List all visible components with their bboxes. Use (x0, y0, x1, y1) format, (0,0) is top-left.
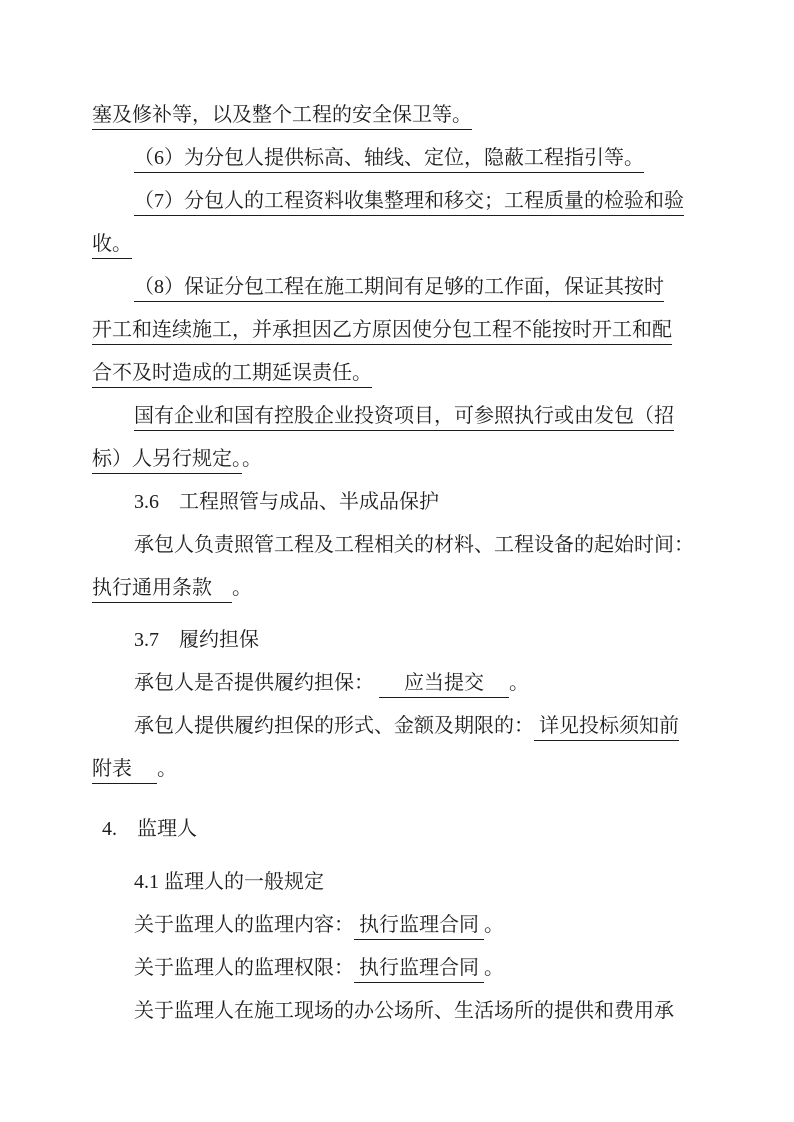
text-run: 。 (509, 672, 529, 694)
document-page: 塞及修补等，以及整个工程的安全保卫等。（6）为分包人提供标高、轴线、定位，隐蔽工… (0, 0, 752, 1033)
underlined-text: 标）人另行规定。 (92, 448, 242, 474)
text-run: 3.6 工程照管与成品、半成品保护 (134, 491, 439, 513)
underlined-text: 执行监理合同 (354, 914, 484, 940)
document-line: 标）人另行规定。。 (92, 438, 752, 481)
underlined-text: 详见投标须知前 (534, 715, 679, 741)
section-heading: 4.1 监理人的一般规定 (92, 861, 752, 904)
text-run: 。 (242, 448, 262, 470)
underlined-text: 附表 (92, 758, 157, 784)
text-run: 4. 监理人 (102, 818, 197, 840)
document-line: 关于监理人的监理权限： 执行监理合同 。 (92, 947, 752, 990)
underlined-text: 执行监理合同 (354, 957, 484, 983)
underlined-text: （8）保证分包工程在施工期间有足够的工作面，保证其按时 (134, 276, 664, 302)
section-heading: 4. 监理人 (92, 808, 752, 851)
document-line: （7）分包人的工程资料收集整理和移交；工程质量的检验和验 (92, 180, 752, 223)
underlined-text: 合不及时造成的工期延误责任。 (92, 362, 372, 388)
document-line: 国有企业和国有控股企业投资项目，可参照执行或由发包（招 (92, 395, 752, 438)
document-body: 塞及修补等，以及整个工程的安全保卫等。（6）为分包人提供标高、轴线、定位，隐蔽工… (92, 94, 752, 1033)
document-line: 塞及修补等，以及整个工程的安全保卫等。 (92, 94, 752, 137)
document-line: 关于监理人的监理内容： 执行监理合同 。 (92, 904, 752, 947)
underlined-text: 收。 (92, 233, 132, 259)
text-run: 关于监理人的监理内容： (134, 914, 354, 936)
document-line: 关于监理人在施工现场的办公场所、生活场所的提供和费用承 (92, 990, 752, 1033)
document-line: （6）为分包人提供标高、轴线、定位，隐蔽工程指引等。 (92, 137, 752, 180)
text-run: 关于监理人在施工现场的办公场所、生活场所的提供和费用承 (134, 1000, 674, 1022)
text-run: 。 (484, 957, 504, 979)
document-line: 承包人是否提供履约担保： 应当提交 。 (92, 662, 752, 705)
section-heading: 3.6 工程照管与成品、半成品保护 (92, 481, 752, 524)
text-run: 承包人负责照管工程及工程相关的材料、工程设备的起始时间： (134, 534, 694, 556)
document-line: 合不及时造成的工期延误责任。 (92, 352, 752, 395)
underlined-text: 应当提交 (379, 672, 509, 698)
section-heading: 3.7 履约担保 (92, 619, 752, 662)
document-line: 承包人提供履约担保的形式、金额及期限的： 详见投标须知前 (92, 705, 752, 748)
underlined-text: 塞及修补等，以及整个工程的安全保卫等。 (92, 104, 472, 130)
document-line: 开工和连续施工，并承担因乙方原因使分包工程不能按时开工和配 (92, 309, 752, 352)
underlined-text: 执行通用条款 (92, 577, 232, 603)
text-run: 。 (484, 914, 504, 936)
text-run: 。 (157, 758, 177, 780)
document-line: 附表 。 (92, 748, 752, 791)
underlined-text: （6）为分包人提供标高、轴线、定位，隐蔽工程指引等。 (134, 147, 644, 173)
text-run: 承包人提供履约担保的形式、金额及期限的： (134, 715, 534, 737)
underlined-text: 开工和连续施工，并承担因乙方原因使分包工程不能按时开工和配 (92, 319, 672, 345)
text-run: 4.1 监理人的一般规定 (134, 871, 324, 893)
text-run: 。 (232, 577, 252, 599)
text-run: 关于监理人的监理权限： (134, 957, 354, 979)
underlined-text: 国有企业和国有控股企业投资项目，可参照执行或由发包（招 (134, 405, 674, 431)
document-line: 承包人负责照管工程及工程相关的材料、工程设备的起始时间： (92, 524, 752, 567)
underlined-text: （7）分包人的工程资料收集整理和移交；工程质量的检验和验 (134, 190, 684, 216)
text-run: 承包人是否提供履约担保： (134, 672, 379, 694)
document-line: （8）保证分包工程在施工期间有足够的工作面，保证其按时 (92, 266, 752, 309)
text-run: 3.7 履约担保 (134, 629, 259, 651)
document-line: 收。 (92, 223, 752, 266)
document-line: 执行通用条款 。 (92, 567, 752, 610)
